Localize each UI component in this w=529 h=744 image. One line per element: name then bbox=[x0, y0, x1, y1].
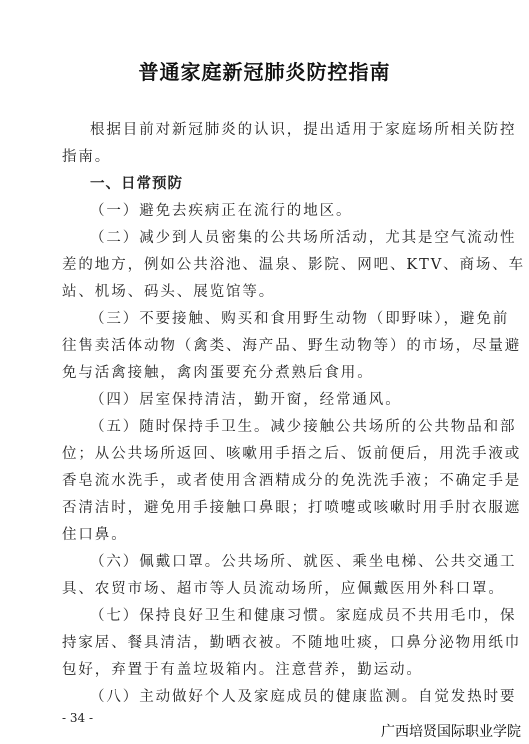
body-text-line: （五）随时保持手卫生。减少接触公共场所的公共物品和部 bbox=[90, 418, 462, 436]
body-text-line: 住口鼻。 bbox=[62, 526, 462, 544]
section-heading: 一、日常预防 bbox=[90, 175, 462, 193]
body-text-line: （六）佩戴口罩。公共场所、就医、乘坐电梯、公共交通工 bbox=[90, 553, 462, 571]
watermark-text: 广西培贤国际职业学院 bbox=[381, 721, 521, 741]
body-text-line: 免与活禽接触，禽肉蛋要充分煮熟后食用。 bbox=[62, 364, 462, 382]
body-text-line: 具、农贸市场、超市等人员流动场所，应佩戴医用外科口罩。 bbox=[62, 580, 462, 598]
body-text-line: （八）主动做好个人及家庭成员的健康监测。自觉发热时要 bbox=[90, 688, 462, 706]
body-text-line: 持家居、餐具清洁，勤晒衣被。不随地吐痰，口鼻分泌物用纸巾 bbox=[62, 634, 462, 652]
body-text-line: （一）避免去疾病正在流行的地区。 bbox=[90, 202, 462, 220]
body-text-line: 位；从公共场所返回、咳嗽用手捂之后、饭前便后，用洗手液或 bbox=[62, 445, 462, 463]
page-number: - 34 - bbox=[62, 711, 93, 725]
body-text-line: 站、机场、码头、展览馆等。 bbox=[62, 283, 462, 301]
body-text-line: （七）保持良好卫生和健康习惯。家庭成员不共用毛巾，保 bbox=[90, 607, 462, 625]
document-title: 普通家庭新冠肺炎防控指南 bbox=[0, 56, 529, 85]
body-text-line: 香皂流水洗手，或者使用含酒精成分的免洗洗手液；不确定手是 bbox=[62, 472, 462, 490]
body-text-line: （三）不要接触、购买和食用野生动物（即野味），避免前 bbox=[90, 310, 462, 328]
body-text-line: 差的地方，例如公共浴池、温泉、影院、网吧、KTV、商场、车 bbox=[62, 256, 462, 274]
body-text-line: 指南。 bbox=[62, 148, 462, 166]
body-text-line: （四）居室保持清洁，勤开窗，经常通风。 bbox=[90, 391, 462, 409]
body-text-line: 往售卖活体动物（禽类、海产品、野生动物等）的市场，尽量避 bbox=[62, 337, 462, 355]
body-text-line: （二）减少到人员密集的公共场所活动，尤其是空气流动性 bbox=[90, 229, 462, 247]
body-text-line: 根据目前对新冠肺炎的认识，提出适用于家庭场所相关防控 bbox=[90, 121, 462, 139]
body-text-line: 否清洁时，避免用手接触口鼻眼；打喷嚏或咳嗽时用手肘衣服遮 bbox=[62, 499, 462, 517]
body-text-line: 包好，弃置于有盖垃圾箱内。注意营养，勤运动。 bbox=[62, 661, 462, 679]
